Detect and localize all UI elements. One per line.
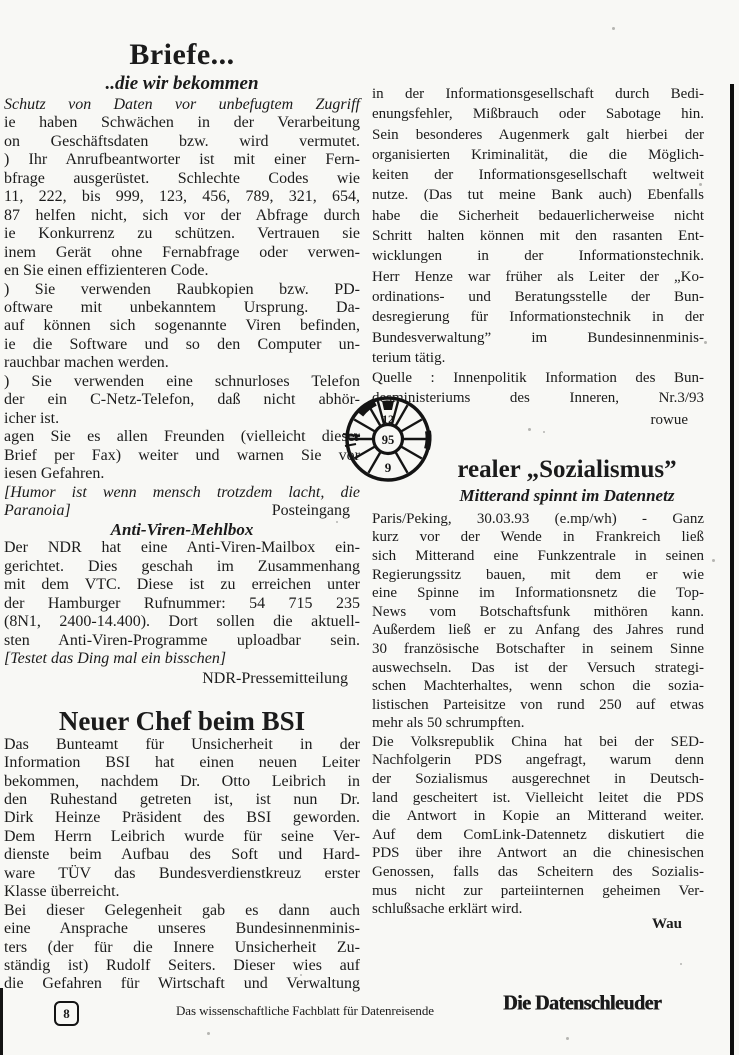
stamp-rim-blot-right bbox=[427, 431, 429, 449]
mailbox-heading: Anti-Viren-Mehlbox bbox=[4, 520, 360, 539]
text-line: eine Ansprache unseres Bundesinnenminis- bbox=[4, 920, 360, 938]
sozialismus-heading: realer „Sozialismus” bbox=[430, 456, 704, 484]
text-line: ordinations- und Beratungsstelle der Bun… bbox=[372, 287, 704, 307]
scan-speck bbox=[566, 1037, 569, 1040]
text-line: inem Gerät ohne Fernabfrage oder verwen- bbox=[4, 244, 360, 262]
text-line: 30 französische Botschafter in seinem Si… bbox=[372, 640, 704, 659]
text-line: iesen Gefahren. bbox=[4, 465, 360, 483]
posteingang-signature: Posteingang bbox=[272, 502, 350, 520]
left-margin-rule bbox=[0, 988, 3, 1055]
scan-speck bbox=[50, 940, 52, 942]
text-line: der ein C-Netz-Telefon, daß nicht abhör- bbox=[4, 391, 360, 409]
text-line: in der Informationsgesellschaft durch Be… bbox=[372, 84, 704, 104]
right-column: in der Informationsgesellschaft durch Be… bbox=[372, 84, 704, 934]
text-line: land gescheitert ist. Vielleicht leitet … bbox=[372, 789, 704, 808]
scan-speck bbox=[528, 428, 531, 431]
text-line: Nachfolgerin PDS angefragt, warum denn bbox=[372, 751, 704, 770]
sozialismus-subheading: Mitterand spinnt im Datennetz bbox=[430, 486, 704, 505]
text-line: listischen Parteisitze von rund 250 auf … bbox=[372, 696, 704, 715]
text-line: dienste beim Aufbau des Soft und Hard- bbox=[4, 846, 360, 864]
scanned-magazine-page: Briefe... ..die wir bekommen Schutz von … bbox=[0, 0, 739, 1055]
henze-paragraph-2: Herr Henze war früher als Leiter der „Ko… bbox=[372, 267, 704, 368]
text-line: rauchbar machen werden. bbox=[4, 354, 360, 372]
text-line: ters (der für die Innere Unsicherheit Zu… bbox=[4, 939, 360, 957]
scan-speck bbox=[207, 1032, 210, 1035]
magazine-logo: Die Datenschleuder bbox=[503, 991, 661, 1015]
text-line: der Sozialismus ausgerechnet in Deutsch- bbox=[372, 770, 704, 789]
letters-subheading: ..die wir bekommen bbox=[4, 74, 360, 94]
letters-lead-line: Schutz von Daten vor unbefugtem Zugriff bbox=[4, 96, 360, 114]
text-line: kurz vor der Wende in Frankreich ließ bbox=[372, 528, 704, 547]
text-line: der Hamburger Rufnummer: 54 715 235 bbox=[4, 595, 360, 613]
text-line: Der NDR hat eine Anti-Viren-Mailbox ein- bbox=[4, 539, 360, 557]
page-number: 8 bbox=[63, 1006, 70, 1022]
mailbox-body: Der NDR hat eine Anti-Viren-Mailbox ein-… bbox=[4, 539, 360, 650]
text-line: mus nicht zur parteiinternen geheimen Ve… bbox=[372, 882, 704, 901]
text-line: eine Spinne im Informationsnetz die Top- bbox=[372, 584, 704, 603]
footer-tagline: Das wissenschaftliche Fachblatt für Date… bbox=[176, 1003, 434, 1019]
text-line: Dem Herrn Leibrich wurde für seine Ver- bbox=[4, 828, 360, 846]
text-line: mehr als 50 schrumpften. bbox=[372, 714, 704, 733]
text-line: ) Sie verwenden Raubkopien bzw. PD- bbox=[4, 281, 360, 299]
text-line: Die Volksrepublik China hat bei der SED- bbox=[372, 733, 704, 752]
stamp-number-9: 9 bbox=[385, 460, 392, 475]
text-line: terium tätig. bbox=[372, 348, 704, 368]
humor-note-line1: [Humor ist wenn mensch trotzdem lacht, d… bbox=[4, 484, 360, 502]
text-line: organisierten Kriminalität, die die Mögl… bbox=[372, 145, 704, 165]
text-line: Bei dieser Gelegenheit gab es dann auch bbox=[4, 902, 360, 920]
text-line: News vom Botschaftsfunk mithören kann. bbox=[372, 603, 704, 622]
scan-speck bbox=[704, 341, 707, 344]
humor-note-row: Paranoia] Posteingang bbox=[4, 502, 360, 520]
text-line: auf können sich sogenannte Viren befinde… bbox=[4, 317, 360, 335]
text-line: 11, 222, bis 999, 123, 456, 789, 321, 65… bbox=[4, 188, 360, 206]
text-line: bfrage ausgerüstet. Schlechte Codes wie bbox=[4, 170, 360, 188]
right-margin-rule bbox=[730, 84, 734, 1055]
page-number-box: 8 bbox=[54, 1001, 79, 1026]
text-line: 87 helfen nicht, sich vor der Abfrage du… bbox=[4, 207, 360, 225]
text-line: Quelle : Innenpolitik Information des Bu… bbox=[372, 368, 704, 388]
text-line: ware TÜV das Bundesverdienstkreuz erster bbox=[4, 865, 360, 883]
text-line: Genossen, falls das Scheitern des Sozial… bbox=[372, 863, 704, 882]
humor-note-line2: Paranoia] bbox=[4, 502, 71, 520]
mailbox-note: [Testet das Ding mal ein bisschen] bbox=[4, 650, 360, 668]
text-line: Dirk Heinze Präsident des BSI geworden. bbox=[4, 809, 360, 827]
text-line: PDS über ihre Antwort an die chinesische… bbox=[372, 844, 704, 863]
text-line: Information BSI hat einen neuen Leiter bbox=[4, 754, 360, 772]
scan-speck bbox=[699, 183, 702, 186]
text-line: Bundesverwaltung” im Bundesinnenminis- bbox=[372, 328, 704, 348]
text-line: auswechseln. Das ist der Versuch strateg… bbox=[372, 659, 704, 678]
text-line: mit dem VTC. Diese ist zu erreichen unte… bbox=[4, 576, 360, 594]
postmark-stamp-icon: 12 95 9 bbox=[342, 393, 434, 485]
text-line: schen Machterhaltes, wenn schon die sozi… bbox=[372, 677, 704, 696]
scan-speck bbox=[712, 559, 715, 562]
text-line: enungsfehler, Mißbrauch oder Sabotage hi… bbox=[372, 104, 704, 124]
sozialismus-body: Paris/Peking, 30.03.93 (e.mp/wh) - Ganzk… bbox=[372, 510, 704, 919]
text-line: ie Konkurrenz zu schützen. Vertrauen sie bbox=[4, 225, 360, 243]
letters-heading: Briefe... bbox=[4, 38, 360, 72]
text-line: gerichtet. Dies geschah im Zusammenhang bbox=[4, 558, 360, 576]
text-line: desregierung für Informationstechnik in … bbox=[372, 307, 704, 327]
text-line: habe die Sicherheit bedauerlicherweise n… bbox=[372, 206, 704, 226]
bsi-paragraph-1: Das Bunteamt für Unsicherheit in derInfo… bbox=[4, 736, 360, 902]
text-line: bekommen, nachdem Dr. Otto Leibrich in bbox=[4, 773, 360, 791]
scan-speck bbox=[543, 431, 545, 433]
text-line: die Antwort in Kopie an Mitterand weiter… bbox=[372, 807, 704, 826]
text-line: agen Sie es allen Freunden (vielleicht d… bbox=[4, 428, 360, 446]
text-line: Sein besonderes Augenmerk galt hierbei d… bbox=[372, 125, 704, 145]
text-line: on Geschäftsdaten bzw. wird vermutet. bbox=[4, 133, 360, 151]
text-line: Brief per Fax) weiter und warnen Sie vor bbox=[4, 447, 360, 465]
text-line: ie die Software und so den Computer un- bbox=[4, 336, 360, 354]
text-line: ie haben Schwächen in der Verarbeitung bbox=[4, 114, 360, 132]
bsi-paragraph-2: Bei dieser Gelegenheit gab es dann auche… bbox=[4, 902, 360, 994]
stamp-top-wedge bbox=[382, 401, 394, 410]
text-line: oftware mit unbekanntem Ursprung. Da- bbox=[4, 299, 360, 317]
text-line: keiten der Informationsgesellschaft welt… bbox=[372, 165, 704, 185]
scan-speck bbox=[612, 27, 615, 30]
text-line: Regierungssitz bauen, mit dem er wie bbox=[372, 566, 704, 585]
text-line: ) Sie verwenden eine schnurloses Telefon bbox=[4, 373, 360, 391]
ndr-signature: NDR-Pressemitteilung bbox=[4, 669, 360, 688]
text-line: Außerdem ließ er zu Anfang des Jahres ru… bbox=[372, 621, 704, 640]
text-line: Auf dem ComLink-Datennetz diskutiert die bbox=[372, 826, 704, 845]
text-line: sich Mitterand eine Funkzentrale in sein… bbox=[372, 547, 704, 566]
henze-paragraph-1: in der Informationsgesellschaft durch Be… bbox=[372, 84, 704, 267]
text-line: Klasse überreicht. bbox=[4, 883, 360, 901]
text-line: Schritt halten können mit den rasanten E… bbox=[372, 226, 704, 246]
text-line: ständig ist) Rudolf Seiters. Dieser wies… bbox=[4, 957, 360, 975]
text-line: nutze. (Das tut meine Bank auch) Ebenfal… bbox=[372, 185, 704, 205]
text-line: (8N1, 2400-14.400). Dort sollen die aktu… bbox=[4, 613, 360, 631]
text-line: die Gefahren für Wirtschaft und Verwaltu… bbox=[4, 975, 360, 993]
text-line: wicklungen in der Informationstechnik. bbox=[372, 246, 704, 266]
scan-speck bbox=[300, 974, 302, 976]
left-column: Briefe... ..die wir bekommen Schutz von … bbox=[4, 38, 360, 994]
text-line: Das Bunteamt für Unsicherheit in der bbox=[4, 736, 360, 754]
text-line: Herr Henze war früher als Leiter der „Ko… bbox=[372, 267, 704, 287]
text-line: ) Ihr Anrufbeantworter ist mit einer Fer… bbox=[4, 151, 360, 169]
scan-speck bbox=[336, 521, 338, 523]
scan-speck bbox=[680, 963, 682, 965]
text-line: sten Anti-Viren-Programme uploadbar sein… bbox=[4, 632, 360, 650]
stamp-number-95: 95 bbox=[382, 433, 395, 447]
letters-body: ie haben Schwächen in der Verarbeitungon… bbox=[4, 114, 360, 483]
text-line: icher ist. bbox=[4, 410, 360, 428]
bsi-heading: Neuer Chef beim BSI bbox=[4, 706, 360, 736]
text-line: en Sie einen effizienteren Code. bbox=[4, 262, 360, 280]
stamp-number-12: 12 bbox=[382, 412, 394, 426]
text-line: den Ruhestand getreten ist, ist nun Dr. bbox=[4, 791, 360, 809]
text-line: Paris/Peking, 30.03.93 (e.mp/wh) - Ganz bbox=[372, 510, 704, 529]
